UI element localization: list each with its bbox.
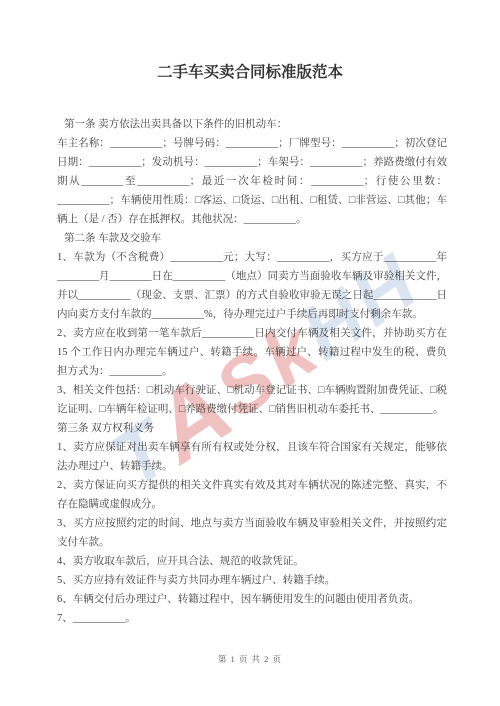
clause-3-heading: 第三条 双方权利义务	[57, 419, 447, 438]
page-number: 第 1 页 共 2 页	[0, 653, 500, 665]
clause-2-item-1: 1、车款为（不含税费）__________元；大写：__________，买方应…	[57, 248, 447, 324]
clause-3-item-6: 6、车辆交付后办理过户、转籍过程中，因车辆使用发生的问题由使用者负责。	[57, 590, 447, 609]
clause-3-item-1: 1、卖方应保证对出卖车辆享有所有权或处分权，且该车符合国家有关规定，能够依法办理…	[57, 438, 447, 476]
clause-2-heading: 第二条 车款及交验车	[57, 229, 447, 248]
clause-1-heading: 第一条 卖方依法出卖具备以下条件的旧机动车：	[57, 115, 447, 134]
clause-2-item-2: 2、卖方应在收到第一笔车款后__________日内交付车辆及相关文件，并协助买…	[57, 324, 447, 381]
contract-page: T A S k H H 二手车买卖合同标准版范本 第一条 卖方依法出卖具备以下条…	[0, 0, 500, 706]
clause-3-item-3: 3、买方应按照约定的时间、地点与卖方当面验收车辆及审验相关文件，并按照约定支付车…	[57, 514, 447, 552]
clause-3-item-7: 7、__________。	[57, 609, 447, 628]
clause-3-item-5: 5、买方应持有效证件与卖方共同办理车辆过户、转籍手续。	[57, 571, 447, 590]
clause-3-item-2: 2、卖方保证向买方提供的相关文件真实有效及其对车辆状况的陈述完整、真实，不存在隐…	[57, 476, 447, 514]
vehicle-info-paragraph: 车主名称：__________；号牌号码：__________；厂牌型号：___…	[57, 134, 447, 229]
clause-2-item-3: 3、相关文件包括：□机动车行驶证、□机动车登记证书、□车辆购置附加费凭证、□税讫…	[57, 381, 447, 419]
clause-3-item-4: 4、卖方收取车款后，应开具合法、规范的收款凭证。	[57, 552, 447, 571]
document-title: 二手车买卖合同标准版范本	[0, 0, 500, 84]
contract-body: 第一条 卖方依法出卖具备以下条件的旧机动车： 车主名称：__________；号…	[0, 115, 500, 628]
